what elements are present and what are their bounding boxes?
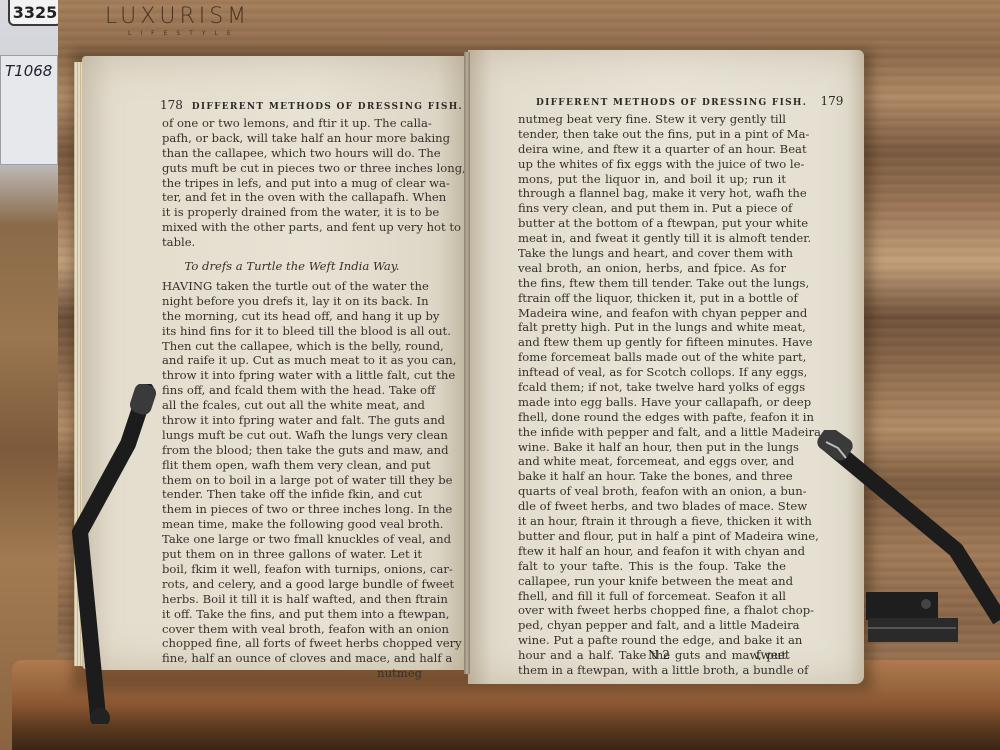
text-line: fine, half an ounce of cloves and mace, … xyxy=(162,651,422,666)
text-line: the morning, cut its head off, and hang … xyxy=(162,309,422,324)
text-line: up the whites of fix eggs with the juice… xyxy=(518,157,786,172)
text-line: pafh, or back, will take half an hour mo… xyxy=(162,131,422,146)
left-catchword: nutmeg xyxy=(162,666,422,681)
left-page-text: of one or two lemons, and ftir it up. Th… xyxy=(162,116,422,681)
text-line: bake it half an hour. Take the bones, an… xyxy=(518,469,786,484)
left-running-head-text: DIFFERENT METHODS OF DRESSING FISH. xyxy=(192,102,463,112)
right-page: DIFFERENT METHODS OF DRESSING FISH. 179 … xyxy=(468,50,864,684)
text-line: it off. Take the fins, and put them into… xyxy=(162,607,422,622)
text-line: and raife it up. Cut as much meat to it … xyxy=(162,353,422,368)
text-line: tender, then take out the fins, put in a… xyxy=(518,127,786,142)
right-page-number: 179 xyxy=(820,94,843,108)
text-line: it is properly drained from the water, i… xyxy=(162,205,422,220)
text-line: over with fweet herbs chopped fine, a fh… xyxy=(518,603,786,618)
text-line: and white meat, forcemeat, and eggs over… xyxy=(518,454,786,469)
text-line: fhell, done round the edges with pafte, … xyxy=(518,410,786,425)
text-line: night before you drefs it, lay it on its… xyxy=(162,294,422,309)
text-line: Madeira wine, and feafon with chyan pepp… xyxy=(518,306,786,321)
text-line: of one or two lemons, and ftir it up. Th… xyxy=(162,116,422,131)
text-line: fins off, and fcald them with the head. … xyxy=(162,383,422,398)
text-line: put them on in three gallons of water. L… xyxy=(162,547,422,562)
left-page-number: 178 xyxy=(160,98,183,112)
text-line: all the fcales, cut out all the white me… xyxy=(162,398,422,413)
text-line: callapee, run your knife between the mea… xyxy=(518,574,786,589)
stand-hinge xyxy=(866,592,958,644)
book-gutter xyxy=(464,52,470,674)
text-line: mons, put the liquor in, and boil it up;… xyxy=(518,172,786,187)
text-line: table. xyxy=(162,235,422,250)
stand-logo: LUXURISM xyxy=(105,4,250,29)
text-line: the infide with pepper and falt, and a l… xyxy=(518,425,786,440)
right-running-head: DIFFERENT METHODS OF DRESSING FISH. 179 xyxy=(536,94,843,108)
right-running-head-text: DIFFERENT METHODS OF DRESSING FISH. xyxy=(536,98,807,108)
text-line: veal broth, an onion, herbs, and fpice. … xyxy=(518,261,786,276)
photo-scene: 3325 T1068 LUXURISM LIFESTYLE 178 DIFFER… xyxy=(0,0,1000,750)
text-line: cover them with veal broth, feafon with … xyxy=(162,622,422,637)
text-line: falt pretty high. Put in the lungs and w… xyxy=(518,320,786,335)
left-running-head: 178 DIFFERENT METHODS OF DRESSING FISH. xyxy=(160,98,463,112)
text-line: from the blood; then take the guts and m… xyxy=(162,443,422,458)
text-line: boil, fkim it well, feafon with turnips,… xyxy=(162,562,422,577)
text-line: herbs. Boil it till it is half wafted, a… xyxy=(162,592,422,607)
text-line: throw it into fpring water and falt. The… xyxy=(162,413,422,428)
text-line: Take the lungs and heart, and cover them… xyxy=(518,246,786,261)
text-line: fins very clean, and put them in. Put a … xyxy=(518,201,786,216)
text-line: ter, and fet in the oven with the callap… xyxy=(162,190,422,205)
text-line: fhell, and fill it full of forcemeat. Se… xyxy=(518,589,786,604)
text-line: tender. Then take off the infide fkin, a… xyxy=(162,487,422,502)
text-line: inftead of veal, as for Scotch collops. … xyxy=(518,365,786,380)
text-line: mean time, make the following good veal … xyxy=(162,517,422,532)
text-line: mixed with the other parts, and fent up … xyxy=(162,220,422,235)
text-line: dle of fweet herbs, and two blades of ma… xyxy=(518,499,786,514)
text-line: them in a ftewpan, with a little broth, … xyxy=(518,663,786,678)
text-line: ped, chyan pepper and falt, and a little… xyxy=(518,618,786,633)
left-page-clip xyxy=(70,384,160,724)
text-line: and ftew them up gently for fifteen minu… xyxy=(518,335,786,350)
text-line: throw it into fpring water with a little… xyxy=(162,368,422,383)
text-line: quarts of veal broth, feafon with an oni… xyxy=(518,484,786,499)
stand-logo-subtitle: LIFESTYLE xyxy=(128,30,240,37)
text-line: them in pieces of two or three inches lo… xyxy=(162,502,422,517)
text-line: meat in, and fweat it gently till it is … xyxy=(518,231,786,246)
signature-mark: N 2 xyxy=(648,648,670,662)
text-line: ftrain off the liquor, thicken it, put i… xyxy=(518,291,786,306)
text-line: fome forcemeat balls made out of the whi… xyxy=(518,350,786,365)
handwritten-tag: T1068 xyxy=(0,55,58,165)
text-line: falt to your tafte. This is the foup. Ta… xyxy=(518,559,786,574)
text-line: HAVING taken the turtle out of the water… xyxy=(162,279,422,294)
text-line: wine. Put a pafte round the edge, and ba… xyxy=(518,633,786,648)
text-line: ftew it half an hour, and feafon it with… xyxy=(518,544,786,559)
right-catchword: fweet xyxy=(756,648,790,662)
text-line: through a flannel bag, make it very hot,… xyxy=(518,186,786,201)
text-line: fcald them; if not, take twelve hard yol… xyxy=(518,380,786,395)
text-line: its hind fins for it to bleed till the b… xyxy=(162,324,422,339)
text-line: Then cut the callapee, which is the bell… xyxy=(162,339,422,354)
right-page-text: nutmeg beat very fine. Stew it very gent… xyxy=(518,112,786,678)
text-line: the tripes in lefs, and put into a mug o… xyxy=(162,176,422,191)
text-line: wine. Bake it half an hour, then put in … xyxy=(518,440,786,455)
recipe-title: To drefs a Turtle the Weft India Way. xyxy=(162,259,422,274)
text-line: lungs muft be cut out. Wafh the lungs ve… xyxy=(162,428,422,443)
text-line: them on to boil in a large pot of water … xyxy=(162,473,422,488)
text-line: rots, and celery, and a good large bundl… xyxy=(162,577,422,592)
text-line: the fins, ftew them till tender. Take ou… xyxy=(518,276,786,291)
text-line: Take one large or two fmall knuckles of … xyxy=(162,532,422,547)
text-line: deira wine, and ftew it a quarter of an … xyxy=(518,142,786,157)
text-line: than the callapee, which two hours will … xyxy=(162,146,422,161)
text-line: butter at the bottom of a ftewpan, put y… xyxy=(518,216,786,231)
text-line: guts muft be cut in pieces two or three … xyxy=(162,161,422,176)
text-line: butter and flour, put in half a pint of … xyxy=(518,529,786,544)
text-line: it an hour, ftrain it through a fieve, t… xyxy=(518,514,786,529)
text-line: flit them open, wafh them very clean, an… xyxy=(162,458,422,473)
text-line: chopped fine, all forts of fweet herbs c… xyxy=(162,636,422,651)
text-line: nutmeg beat very fine. Stew it very gent… xyxy=(518,112,786,127)
text-line: made into egg balls. Have your callapafh… xyxy=(518,395,786,410)
number-tag: 3325 xyxy=(8,0,62,26)
